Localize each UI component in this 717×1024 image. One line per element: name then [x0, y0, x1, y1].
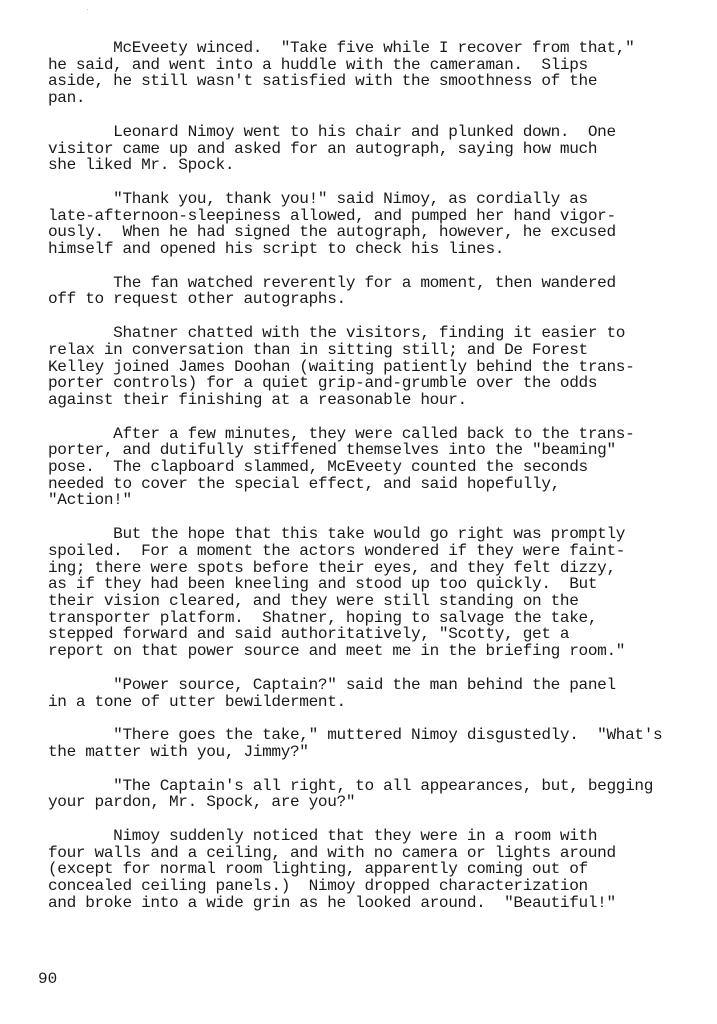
scan-speck — [87, 9, 88, 10]
paragraph-fan-watched: The fan watched reverently for a moment,… — [48, 275, 708, 308]
paragraph-there-goes-take: "There goes the take," muttered Nimoy di… — [48, 727, 708, 760]
paragraph-power-source: "Power source, Captain?" said the man be… — [48, 677, 708, 710]
typewritten-page: McEveety winced. "Take five while I reco… — [48, 40, 708, 929]
paragraph-after-few-minutes: After a few minutes, they were called ba… — [48, 426, 708, 510]
paragraph-captains-all-right: "The Captain's all right, to all appeara… — [48, 778, 708, 811]
paragraph-shatner-chatted: Shatner chatted with the visitors, findi… — [48, 325, 708, 409]
paragraph-nimoy-noticed: Nimoy suddenly noticed that they were in… — [48, 828, 708, 912]
paragraph-mceveety-winced: McEveety winced. "Take five while I reco… — [48, 40, 708, 107]
paragraph-thank-you: "Thank you, thank you!" said Nimoy, as c… — [48, 191, 708, 258]
page-number: 90 — [38, 970, 57, 988]
paragraph-hope-spoiled: But the hope that this take would go rig… — [48, 526, 708, 660]
paragraph-nimoy-chair: Leonard Nimoy went to his chair and plun… — [48, 124, 708, 174]
